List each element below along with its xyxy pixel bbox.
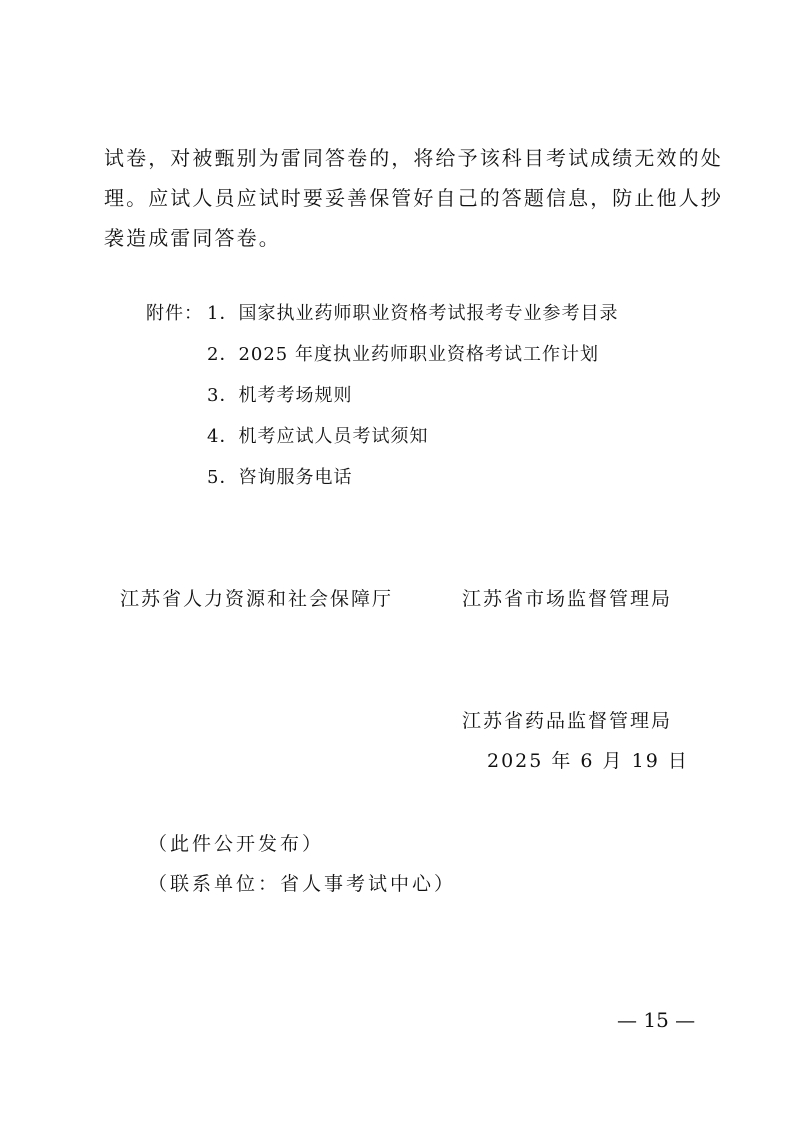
attachment-item-2: 2．2025 年度执业药师职业资格考试工作计划 [207, 343, 599, 367]
publish-note: （此件公开发布） [148, 832, 324, 856]
attachment-item-5: 5．咨询服务电话 [207, 466, 352, 490]
attachment-item-1: 1．国家执业药师职业资格考试报考专业参考目录 [207, 302, 618, 326]
attachments-label: 附件： [146, 302, 203, 326]
attachment-item-3: 3．机考考场规则 [207, 384, 352, 408]
body-line-2: 理。应试人员应试时要妥善保管好自己的答题信息，防止他人抄 [104, 186, 723, 210]
signature-drug-administration: 江苏省药品监督管理局 [462, 709, 672, 733]
signature-date: 2025 年 6 月 19 日 [487, 749, 689, 773]
signature-hrss: 江苏省人力资源和社会保障厅 [120, 587, 393, 611]
page-number: — 15 — [617, 1008, 695, 1032]
body-line-3: 袭造成雷同答卷。 [104, 226, 281, 250]
body-line-1: 试卷，对被甄别为雷同答卷的，将给予该科目考试成绩无效的处 [104, 146, 723, 170]
attachment-item-4: 4．机考应试人员考试须知 [207, 425, 428, 449]
contact-note: （联系单位：省人事考试中心） [148, 872, 456, 896]
signature-market-regulation: 江苏省市场监督管理局 [462, 587, 672, 611]
